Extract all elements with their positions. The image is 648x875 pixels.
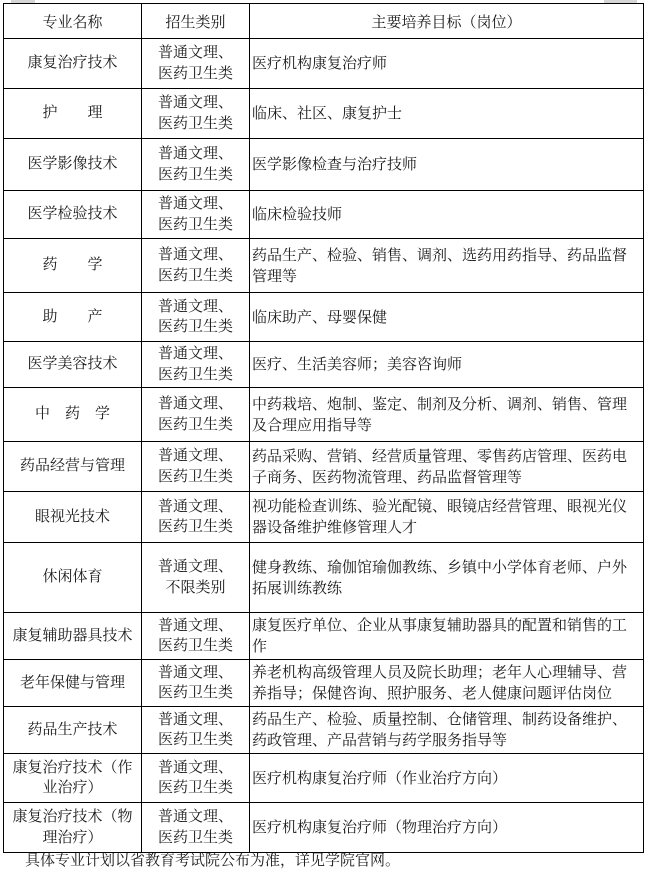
goal-cell: 养老机构高级管理人员及院长助理；老年人心理辅导、营养指导；保健咨询、照护服务、老… — [250, 660, 644, 707]
table-row: 中 药 学 普通文理、 医药卫生类 中药栽培、炮制、鉴定、制剂及分析、调剂、销售… — [4, 388, 644, 442]
table-row: 眼视光技术 普通文理、 医药卫生类 视功能检查训练、验光配镜、眼镜店经营管理、眼… — [4, 492, 644, 543]
category-cell: 普通文理、 医药卫生类 — [142, 803, 250, 853]
table-row: 休闲体育 普通文理、 不限类别 健身教练、瑜伽馆瑜伽教练、乡镇中小学体育老师、户… — [4, 543, 644, 613]
major-cell: 药品生产技术 — [4, 707, 142, 754]
header-category: 招生类别 — [142, 4, 250, 39]
goal-cell: 医疗机构康复治疗师（物理治疗方向） — [250, 803, 644, 853]
major-cell: 助 产 — [4, 293, 142, 342]
goal-cell: 中药栽培、炮制、鉴定、制剂及分析、调剂、销售、管理及合理应用指导等 — [250, 388, 644, 442]
goal-cell: 医疗、生活美容师；美容咨询师 — [250, 342, 644, 388]
table-row: 护 理 普通文理、 医药卫生类 临床、社区、康复护士 — [4, 89, 644, 139]
table-row: 药品生产技术 普通文理、 医药卫生类 药品生产、检验、质量控制、仓储管理、制药设… — [4, 707, 644, 754]
major-cell: 康复治疗技术 — [4, 39, 142, 89]
table-row: 药 学 普通文理、 医药卫生类 药品生产、检验、销售、调剂、选药用药指导、药品监… — [4, 239, 644, 293]
category-cell: 普通文理、 医药卫生类 — [142, 707, 250, 754]
major-cell: 康复治疗技术（作业治疗） — [4, 754, 142, 803]
goal-cell: 健身教练、瑜伽馆瑜伽教练、乡镇中小学体育老师、户外拓展训练教练 — [250, 543, 644, 613]
table-row: 医学美容技术 普通文理、 医药卫生类 医疗、生活美容师；美容咨询师 — [4, 342, 644, 388]
major-cell: 康复治疗技术（物理治疗） — [4, 803, 142, 853]
category-cell: 普通文理、 医药卫生类 — [142, 293, 250, 342]
category-cell: 普通文理、 医药卫生类 — [142, 388, 250, 442]
goal-cell: 医学影像检查与治疗技师 — [250, 139, 644, 191]
major-cell: 医学检验技术 — [4, 191, 142, 239]
major-cell: 医学美容技术 — [4, 342, 142, 388]
category-cell: 普通文理、 医药卫生类 — [142, 613, 250, 660]
goal-cell: 药品采购、营销、经营质量管理、零售药店管理、医药电子商务、医药物流管理、药品监督… — [250, 442, 644, 492]
major-cell: 中 药 学 — [4, 388, 142, 442]
goal-cell: 临床助产、母婴保健 — [250, 293, 644, 342]
goal-cell: 康复医疗单位、企业从事康复辅助器具的配置和销售的工作 — [250, 613, 644, 660]
goal-cell: 医疗机构康复治疗师 — [250, 39, 644, 89]
category-cell: 普通文理、 医药卫生类 — [142, 139, 250, 191]
category-cell: 普通文理、 不限类别 — [142, 543, 250, 613]
category-cell: 普通文理、 医药卫生类 — [142, 89, 250, 139]
category-cell: 普通文理、 医药卫生类 — [142, 342, 250, 388]
major-cell: 药品经营与管理 — [4, 442, 142, 492]
major-cell: 药 学 — [4, 239, 142, 293]
major-cell: 眼视光技术 — [4, 492, 142, 543]
page: 专业名称 招生类别 主要培养目标（岗位） 康复治疗技术 普通文理、 医药卫生类 … — [0, 0, 648, 875]
category-cell: 普通文理、 医药卫生类 — [142, 492, 250, 543]
header-goal: 主要培养目标（岗位） — [250, 4, 644, 39]
category-cell: 普通文理、 医药卫生类 — [142, 191, 250, 239]
table-row: 医学影像技术 普通文理、 医药卫生类 医学影像检查与治疗技师 — [4, 139, 644, 191]
goal-cell: 临床检验技师 — [250, 191, 644, 239]
goal-cell: 视功能检查训练、验光配镜、眼镜店经营管理、眼视光仪器设备维护维修管理人才 — [250, 492, 644, 543]
category-cell: 普通文理、 医药卫生类 — [142, 660, 250, 707]
table-row: 康复治疗技术（作业治疗） 普通文理、 医药卫生类 医疗机构康复治疗师（作业治疗方… — [4, 754, 644, 803]
goal-cell: 医疗机构康复治疗师（作业治疗方向） — [250, 754, 644, 803]
major-cell: 康复辅助器具技术 — [4, 613, 142, 660]
major-cell: 老年保健与管理 — [4, 660, 142, 707]
goal-cell: 临床、社区、康复护士 — [250, 89, 644, 139]
major-cell: 医学影像技术 — [4, 139, 142, 191]
major-cell: 休闲体育 — [4, 543, 142, 613]
category-cell: 普通文理、 医药卫生类 — [142, 239, 250, 293]
table-row: 康复治疗技术（物理治疗） 普通文理、 医药卫生类 医疗机构康复治疗师（物理治疗方… — [4, 803, 644, 853]
header-major: 专业名称 — [4, 4, 142, 39]
category-cell: 普通文理、 医药卫生类 — [142, 442, 250, 492]
category-cell: 普通文理、 医药卫生类 — [142, 754, 250, 803]
table-row: 康复辅助器具技术 普通文理、 医药卫生类 康复医疗单位、企业从事康复辅助器具的配… — [4, 613, 644, 660]
table-row: 助 产 普通文理、 医药卫生类 临床助产、母婴保健 — [4, 293, 644, 342]
footnote: 具体专业计划以省教育考试院公布为准，详见学院官网。 — [25, 849, 400, 870]
major-cell: 护 理 — [4, 89, 142, 139]
goal-cell: 药品生产、检验、质量控制、仓储管理、制药设备维护、药政管理、产品营销与药学服务指… — [250, 707, 644, 754]
category-cell: 普通文理、 医药卫生类 — [142, 39, 250, 89]
majors-table: 专业名称 招生类别 主要培养目标（岗位） 康复治疗技术 普通文理、 医药卫生类 … — [3, 3, 644, 853]
table-row: 老年保健与管理 普通文理、 医药卫生类 养老机构高级管理人员及院长助理；老年人心… — [4, 660, 644, 707]
table-row: 康复治疗技术 普通文理、 医药卫生类 医疗机构康复治疗师 — [4, 39, 644, 89]
table-row: 药品经营与管理 普通文理、 医药卫生类 药品采购、营销、经营质量管理、零售药店管… — [4, 442, 644, 492]
goal-cell: 药品生产、检验、销售、调剂、选药用药指导、药品监督管理等 — [250, 239, 644, 293]
header-row: 专业名称 招生类别 主要培养目标（岗位） — [4, 4, 644, 39]
table-row: 医学检验技术 普通文理、 医药卫生类 临床检验技师 — [4, 191, 644, 239]
